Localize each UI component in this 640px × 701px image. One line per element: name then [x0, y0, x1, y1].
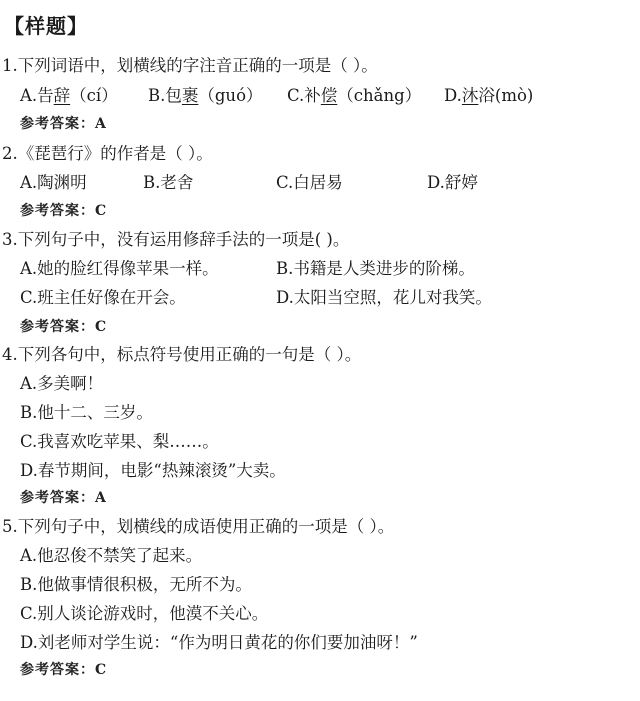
question-3-option-b: B.书籍是人类进步的阶梯。: [276, 255, 475, 279]
question-1-option-c: C.补偿（chǎng）: [287, 82, 421, 106]
section-title: 【样题】: [4, 10, 88, 39]
question-2-answer: 参考答案：C: [20, 200, 107, 220]
question-2-option-d: D.舒婷: [427, 169, 478, 193]
question-3-option-d: D.太阳当空照，花儿对我笑。: [276, 284, 492, 308]
underlined-char: 裹: [182, 86, 199, 105]
question-5-option-a: A.他忍俊不禁笑了起来。: [20, 542, 202, 566]
question-4-answer: 参考答案：A: [20, 487, 107, 507]
question-4-option-b: B.他十二、三岁。: [20, 399, 153, 423]
question-3-option-a: A.她的脸红得像苹果一样。: [20, 255, 219, 279]
question-5-stem: 5.下列句子中，划横线的成语使用正确的一项是（ ）。: [2, 513, 394, 537]
question-5-option-b: B.他做事情很积极，无所不为。: [20, 571, 252, 595]
question-1-option-b: B.包裹（guó）: [148, 82, 263, 106]
question-1-stem: 1.下列词语中，划横线的字注音正确的一项是（ ）。: [2, 52, 378, 76]
question-5-option-d: D.刘老师对学生说：“作为明日黄花的你们要加油呀！”: [20, 629, 418, 653]
question-3-stem: 3.下列句子中，没有运用修辞手法的一项是( )。: [2, 226, 349, 250]
question-1-option-d: D.沐浴(mò): [444, 82, 533, 106]
question-5-option-c: C.别人谈论游戏时，他漠不关心。: [20, 600, 268, 624]
question-2-option-c: C.白居易: [276, 169, 343, 193]
question-1-option-a: A.告辞（cí）: [20, 82, 118, 106]
underlined-char: 沐: [462, 86, 479, 105]
underlined-char: 偿: [321, 86, 338, 105]
question-4-option-c: C.我喜欢吃苹果、梨……。: [20, 428, 219, 452]
underlined-char: 辞: [54, 86, 71, 105]
question-3-answer: 参考答案：C: [20, 316, 107, 336]
question-2-option-b: B.老舍: [143, 169, 193, 193]
question-4-stem: 4.下列各句中，标点符号使用正确的一句是（ ）。: [2, 341, 361, 365]
question-4-option-a: A.多美啊！: [20, 370, 103, 394]
question-2-stem: 2.《琵琶行》的作者是（ ）。: [2, 140, 213, 164]
question-2-option-a: A.陶渊明: [20, 169, 87, 193]
question-5-answer: 参考答案：C: [20, 659, 107, 679]
question-1-answer: 参考答案：A: [20, 113, 107, 133]
question-3-option-c: C.班主任好像在开会。: [20, 284, 186, 308]
question-4-option-d: D.春节期间，电影“热辣滚烫”大卖。: [20, 457, 286, 481]
